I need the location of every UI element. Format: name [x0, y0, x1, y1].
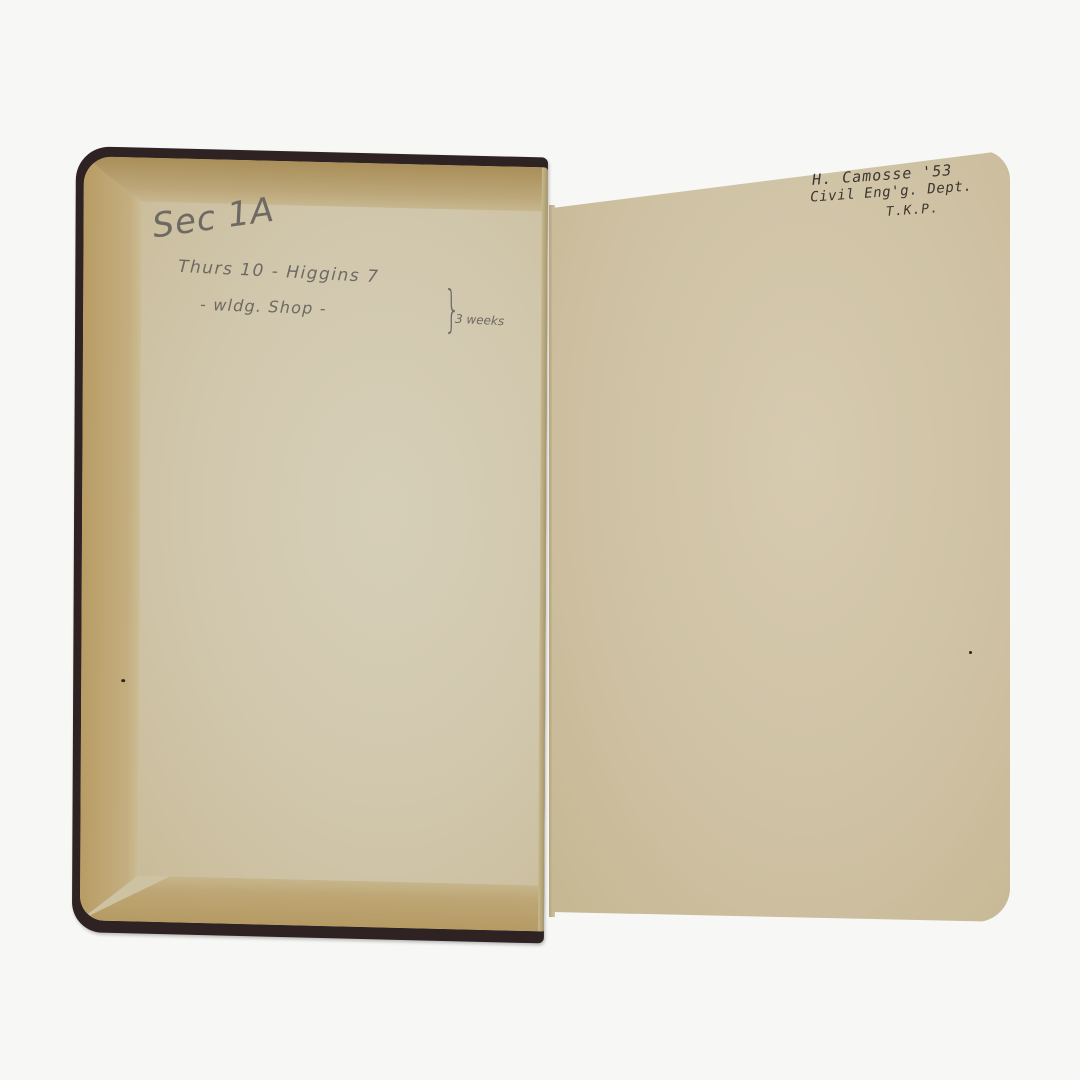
- open-notebook: Sec 1A Thurs 10 - Higgins 7 - wldg. Shop…: [0, 0, 1080, 1080]
- cover-turn-in-left: [80, 156, 142, 921]
- brace-mark: }: [444, 284, 460, 334]
- paper-speck: [969, 651, 972, 654]
- ink-speck: [121, 679, 125, 682]
- duration-note: 3 weeks: [455, 312, 505, 329]
- flyleaf-page: [552, 150, 1010, 922]
